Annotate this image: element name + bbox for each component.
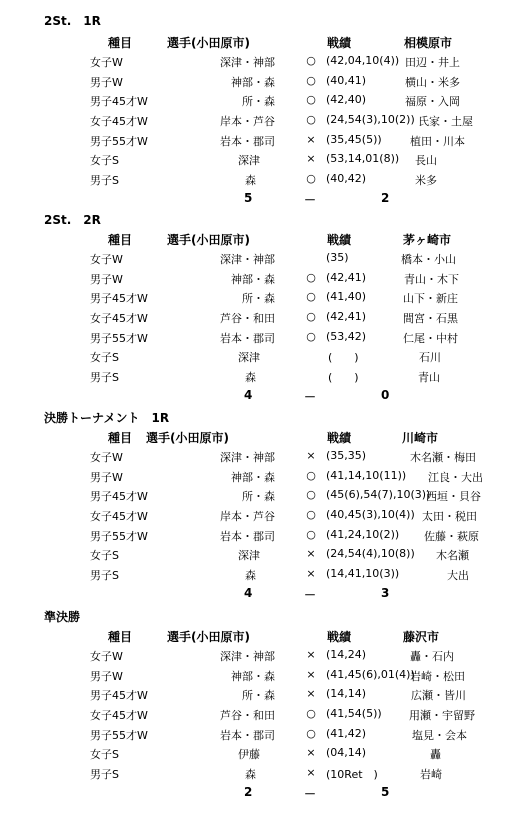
score: (40,41)	[326, 74, 366, 87]
players: 森	[245, 172, 256, 188]
players: 芦谷・和田	[220, 310, 275, 326]
players: 森	[245, 766, 256, 782]
result-mark: ×	[305, 449, 317, 462]
home-wins: 4	[244, 388, 252, 402]
result-mark: ○	[305, 528, 317, 541]
players: 深津・神部	[220, 648, 275, 664]
players: 深津	[238, 547, 260, 563]
players: 岸本・芦谷	[220, 113, 275, 129]
result-mark: ○	[305, 172, 317, 185]
opponent: 大出	[447, 567, 469, 583]
opponent: 江良・大出	[428, 469, 483, 485]
table-row: 女子45才W 芦谷・和田 ○ (42,41) 間宮・石黒	[0, 310, 513, 329]
table-row: 女子45才W 岸本・芦谷 ○ (40,45(3),10(4)) 太田・税田	[0, 508, 513, 527]
score: (45(6),54(7),10(3))	[326, 488, 430, 501]
match-total: 5 － 2	[0, 191, 513, 209]
table-row: 女子W 深津・神部 (35) 橋本・小山	[0, 251, 513, 270]
players: 伊藤	[238, 746, 260, 762]
result-mark: ×	[305, 687, 317, 700]
score: (42,41)	[326, 271, 366, 284]
result-mark: ×	[305, 547, 317, 560]
event: 男子W	[90, 668, 123, 684]
event: 男子S	[90, 567, 119, 583]
players: 岸本・芦谷	[220, 508, 275, 524]
away-wins: 0	[381, 388, 389, 402]
score: (41,40)	[326, 290, 366, 303]
section-title: 2St. 1R	[44, 12, 101, 29]
opponent: 青山	[418, 369, 440, 385]
opponent: 用瀬・宇留野	[409, 707, 475, 723]
event: 女子S	[90, 349, 119, 365]
players: 深津	[238, 349, 260, 365]
players: 森	[245, 567, 256, 583]
players: 深津・神部	[220, 54, 275, 70]
opponent: 太田・税田	[422, 508, 477, 524]
score-dash: －	[304, 785, 316, 802]
event: 男子W	[90, 469, 123, 485]
table-row: 男子55才W 岩本・郡司 ○ (53,42) 仁尾・中村	[0, 330, 513, 349]
header-result: 戦績	[327, 34, 351, 51]
opponent: 仁尾・中村	[403, 330, 458, 346]
players: 所・森	[242, 687, 275, 703]
table-row: 男子S 森 ○ (40,42) 米多	[0, 172, 513, 191]
result-mark: ×	[305, 746, 317, 759]
table-row: 男子45才W 所・森 × (14,14) 広瀬・皆川	[0, 687, 513, 706]
opponent: 轟	[430, 746, 441, 762]
result-mark: ○	[305, 330, 317, 343]
score: (41,14,10(11))	[326, 469, 406, 482]
score: (40,45(3),10(4))	[326, 508, 415, 521]
table-row: 男子W 神部・森 ○ (40,41) 横山・米多	[0, 74, 513, 93]
players: 深津・神部	[220, 449, 275, 465]
score-dash: －	[304, 388, 316, 405]
event: 男子S	[90, 172, 119, 188]
players: 岩本・郡司	[220, 330, 275, 346]
header-players: 選手(小田原市)	[167, 628, 250, 645]
result-mark: ×	[305, 567, 317, 580]
score: (41,24,10(2))	[326, 528, 399, 541]
event: 女子45才W	[90, 508, 148, 524]
column-header-row: 種目 選手(小田原市) 戦績 藤沢市	[0, 628, 513, 646]
result-mark: ○	[305, 93, 317, 106]
score: (41,42)	[326, 727, 366, 740]
header-result: 戦績	[327, 231, 351, 248]
column-header-row: 種目 選手(小田原市) 戦績 相模原市	[0, 34, 513, 52]
score-dash: －	[304, 586, 316, 603]
event: 男子45才W	[90, 290, 148, 306]
header-players: 選手(小田原市)	[167, 34, 250, 51]
score: (41,45(6),01(4))	[326, 668, 415, 681]
result-mark: ×	[305, 766, 317, 779]
players: 深津・神部	[220, 251, 275, 267]
table-row: 女子S 深津 × (53,14,01(8)) 長山	[0, 152, 513, 171]
event: 女子S	[90, 547, 119, 563]
score: (42,40)	[326, 93, 366, 106]
table-row: 女子45才W 芦谷・和田 ○ (41,54(5)) 用瀬・宇留野	[0, 707, 513, 726]
event: 男子45才W	[90, 488, 148, 504]
opponent: 石川	[419, 349, 441, 365]
score-dash: －	[304, 191, 316, 208]
event: 男子45才W	[90, 93, 148, 109]
header-opponent-city: 相模原市	[404, 34, 452, 51]
event: 女子W	[90, 251, 123, 267]
score: (14,41,10(3))	[326, 567, 399, 580]
header-event: 種目	[108, 628, 132, 645]
result-mark: ○	[305, 508, 317, 521]
event: 女子45才W	[90, 113, 148, 129]
match-total: 2 － 5	[0, 785, 513, 803]
opponent: 轟・石内	[410, 648, 454, 664]
players: 所・森	[242, 488, 275, 504]
score: (41,54(5))	[326, 707, 382, 720]
opponent: 植田・川本	[410, 133, 465, 149]
score: (24,54(4),10(8))	[326, 547, 415, 560]
header-opponent-city: 茅ヶ崎市	[403, 231, 451, 248]
players: 岩本・郡司	[220, 133, 275, 149]
result-mark: ×	[305, 152, 317, 165]
players: 深津	[238, 152, 260, 168]
result-mark: ○	[305, 469, 317, 482]
result-mark: ×	[305, 668, 317, 681]
table-row: 男子S 森 ( ) 青山	[0, 369, 513, 388]
header-event: 種目	[108, 231, 132, 248]
table-row: 男子45才W 所・森 ○ (45(6),54(7),10(3)) 西垣・貝谷	[0, 488, 513, 507]
players: 神部・森	[231, 74, 275, 90]
opponent: 佐藤・萩原	[424, 528, 479, 544]
opponent: 山下・新庄	[403, 290, 458, 306]
result-mark: ○	[305, 74, 317, 87]
column-header-row: 種目 選手(小田原市) 戦績 川崎市	[0, 429, 513, 447]
table-row: 男子S 森 × (10Ret ) 岩崎	[0, 766, 513, 785]
table-row: 女子W 深津・神部 ○ (42,04,10(4)) 田辺・井上	[0, 54, 513, 73]
score: (10Ret )	[326, 766, 378, 782]
event: 男子W	[90, 74, 123, 90]
result-mark: ○	[305, 290, 317, 303]
opponent: 塩見・会本	[412, 727, 467, 743]
opponent: 岩崎	[420, 766, 442, 782]
table-row: 女子S 深津 ( ) 石川	[0, 349, 513, 368]
table-row: 男子S 森 × (14,41,10(3)) 大出	[0, 567, 513, 586]
table-row: 男子45才W 所・森 ○ (41,40) 山下・新庄	[0, 290, 513, 309]
event: 男子S	[90, 766, 119, 782]
table-row: 男子W 神部・森 ○ (41,14,10(11)) 江良・大出	[0, 469, 513, 488]
away-wins: 3	[381, 586, 389, 600]
event: 男子W	[90, 271, 123, 287]
table-row: 男子55才W 岩本・郡司 ○ (41,24,10(2)) 佐藤・萩原	[0, 528, 513, 547]
opponent: 福原・入岡	[405, 93, 460, 109]
header-event: 種目	[108, 34, 132, 51]
opponent: 間宮・石黒	[403, 310, 458, 326]
table-row: 男子55才W 岩本・郡司 ○ (41,42) 塩見・会本	[0, 727, 513, 746]
header-result: 戦績	[327, 628, 351, 645]
home-wins: 4	[244, 586, 252, 600]
result-mark: ○	[305, 113, 317, 126]
header-opponent-city: 藤沢市	[403, 628, 439, 645]
event: 男子55才W	[90, 133, 148, 149]
opponent: 広瀬・皆川	[411, 687, 466, 703]
players: 森	[245, 369, 256, 385]
event: 男子45才W	[90, 687, 148, 703]
opponent: 岩崎・松田	[410, 668, 465, 684]
event: 男子55才W	[90, 330, 148, 346]
result-mark: ×	[305, 133, 317, 146]
opponent: 橋本・小山	[401, 251, 456, 267]
score: ( )	[328, 369, 359, 385]
score: (35,45(5))	[326, 133, 382, 146]
result-mark: ○	[305, 271, 317, 284]
score: (53,14,01(8))	[326, 152, 399, 165]
table-row: 女子S 深津 × (24,54(4),10(8)) 木名瀬	[0, 547, 513, 566]
opponent: 長山	[415, 152, 437, 168]
event: 女子W	[90, 449, 123, 465]
opponent: 横山・米多	[405, 74, 460, 90]
opponent: 田辺・井上	[405, 54, 460, 70]
score: ( )	[328, 349, 359, 365]
header-players: 選手(小田原市)	[146, 429, 229, 446]
score: (42,04,10(4))	[326, 54, 399, 67]
event: 女子45才W	[90, 310, 148, 326]
event: 男子S	[90, 369, 119, 385]
event: 女子W	[90, 648, 123, 664]
result-mark: ○	[305, 707, 317, 720]
match-total: 4 － 3	[0, 586, 513, 604]
score: (35)	[326, 251, 349, 264]
score: (53,42)	[326, 330, 366, 343]
table-row: 男子W 神部・森 ○ (42,41) 青山・木下	[0, 271, 513, 290]
table-row: 女子W 深津・神部 × (35,35) 木名瀬・梅田	[0, 449, 513, 468]
result-mark: ×	[305, 648, 317, 661]
table-row: 女子W 深津・神部 × (14,24) 轟・石内	[0, 648, 513, 667]
away-wins: 5	[381, 785, 389, 799]
table-row: 男子55才W 岩本・郡司 × (35,45(5)) 植田・川本	[0, 133, 513, 152]
home-wins: 2	[244, 785, 252, 799]
players: 神部・森	[231, 668, 275, 684]
result-mark: ○	[305, 488, 317, 501]
players: 神部・森	[231, 469, 275, 485]
header-opponent-city: 川崎市	[402, 429, 438, 446]
event: 男子55才W	[90, 727, 148, 743]
event: 女子45才W	[90, 707, 148, 723]
result-mark: ○	[305, 54, 317, 67]
players: 神部・森	[231, 271, 275, 287]
opponent: 青山・木下	[404, 271, 459, 287]
score: (14,14)	[326, 687, 366, 700]
column-header-row: 種目 選手(小田原市) 戦績 茅ヶ崎市	[0, 231, 513, 249]
table-row: 男子W 神部・森 × (41,45(6),01(4)) 岩崎・松田	[0, 668, 513, 687]
score: (14,24)	[326, 648, 366, 661]
table-row: 女子S 伊藤 × (04,14) 轟	[0, 746, 513, 765]
opponent: 木名瀬・梅田	[410, 449, 476, 465]
opponent: 氏家・土屋	[418, 113, 473, 129]
header-event: 種目	[108, 429, 132, 446]
score: (04,14)	[326, 746, 366, 759]
event: 男子55才W	[90, 528, 148, 544]
home-wins: 5	[244, 191, 252, 205]
result-mark: ○	[305, 727, 317, 740]
opponent: 西垣・貝谷	[426, 488, 481, 504]
table-row: 女子45才W 岸本・芦谷 ○ (24,54(3),10(2)) 氏家・土屋	[0, 113, 513, 132]
score: (35,35)	[326, 449, 366, 462]
header-result: 戦績	[327, 429, 351, 446]
players: 所・森	[242, 290, 275, 306]
players: 岩本・郡司	[220, 528, 275, 544]
score: (42,41)	[326, 310, 366, 323]
opponent: 木名瀬	[436, 547, 469, 563]
event: 女子S	[90, 152, 119, 168]
header-players: 選手(小田原市)	[167, 231, 250, 248]
opponent: 米多	[415, 172, 437, 188]
match-total: 4 － 0	[0, 388, 513, 406]
event: 女子S	[90, 746, 119, 762]
players: 岩本・郡司	[220, 727, 275, 743]
table-row: 男子45才W 所・森 ○ (42,40) 福原・入岡	[0, 93, 513, 112]
result-mark: ○	[305, 310, 317, 323]
event: 女子W	[90, 54, 123, 70]
away-wins: 2	[381, 191, 389, 205]
section-title: 決勝トーナメント 1R	[44, 409, 169, 426]
score: (40,42)	[326, 172, 366, 185]
section-title: 2St. 2R	[44, 211, 101, 228]
score: (24,54(3),10(2))	[326, 113, 415, 126]
section-title: 準決勝	[44, 608, 80, 625]
players: 所・森	[242, 93, 275, 109]
players: 芦谷・和田	[220, 707, 275, 723]
